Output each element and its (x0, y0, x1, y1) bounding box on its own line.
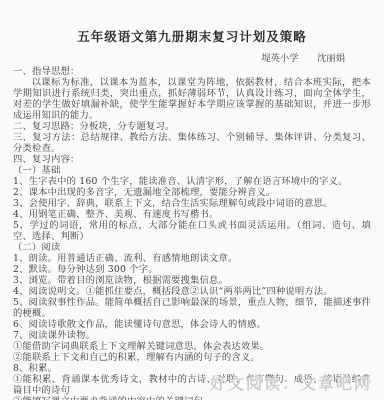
paragraph-heading-1: 一、指导思想： (13, 66, 371, 77)
paragraph: 4、用钢笔正确、整齐、美观、有速度书写楷书。 (13, 209, 371, 220)
paragraph: 4、阅读说明文。①能抓住要点，概括段意②认识“两举两比”四种说明方法。 (13, 286, 371, 297)
paragraph: 3、浏览。带着目的浏览读物，根据需要搜集信息。 (13, 275, 371, 286)
document-body: 一、指导思想： 以课标为标准，以课本为蓝本，以课堂为阵地，依据教材，结合本班实际… (13, 66, 371, 400)
paragraph: 1、朗读。用普通话正确、流利、有感情地朗读文章。 (13, 253, 371, 264)
paragraph: 1、生字表中的 160 个生字，能读准音、认清字形，了解在语言环境中的字义。 (13, 176, 371, 187)
paragraph: 3、会使用字、辞典，联系上下文，结合生活实际理解句或段中词语的意思。 (13, 198, 371, 209)
paragraph-heading-3: 三、复习方法：总结规律、教给方法、集体练习、个别辅导、集体评讲、分类复习、分类检… (13, 132, 371, 154)
page-title: 五年级语文第九册期末复习计划及策略 (13, 27, 371, 45)
paragraph: ①能借助字词典联系上下文理解关键词意思，体会表达效果。 (13, 341, 371, 352)
section-heading-basics: （一）基础 (13, 165, 371, 176)
paragraph: 以课标为标准，以课本为蓝本，以课堂为阵地，依据教材，结合本班实际，把本学期知识进… (13, 77, 371, 121)
paragraph-heading-4: 四、复习内容： (13, 154, 371, 165)
section-heading-reading: （二）阅读 (13, 242, 371, 253)
paragraph: 2、课本中出现的多音字，无遗漏地全部梳理，要能分辨音义。 (13, 187, 371, 198)
paragraph: ②能联系上下文和自己的积累，理解有内涵的句子的含义。 (13, 352, 371, 363)
paragraph-heading-2: 二、复习思路：分板块，分专题复习。 (13, 121, 371, 132)
paragraph: 2、默读。每分钟达到 300 个字。 (13, 264, 371, 275)
paragraph: 7、阅读课外读物。 (13, 330, 371, 341)
byline: 堤英小学 沈丽娟 (13, 50, 371, 64)
paragraph: 5、学过的词语，常用的标点，大部分能在口头或书面灵活运用。（组词、造句、填空、选… (13, 220, 371, 242)
paragraph: ②能填写课文中要求背诵的内容中的关键词句。 (13, 396, 371, 400)
paragraph: 5、阅读叙事性作品。能简单概括自己影响最深的场景，重点人物，细节，能描述事件的梗… (13, 297, 371, 319)
paragraph: 6、阅读诗歌散文作品，能读懂诗句意思，体会诗人的情感。 (13, 319, 371, 330)
site-watermark: 好文阅读：文章吧网 (210, 371, 372, 394)
document-page: 五年级语文第九册期末复习计划及策略 堤英小学 沈丽娟 一、指导思想： 以课标为标… (0, 0, 384, 400)
document-content: 五年级语文第九册期末复习计划及策略 堤英小学 沈丽娟 一、指导思想： 以课标为标… (0, 0, 384, 400)
